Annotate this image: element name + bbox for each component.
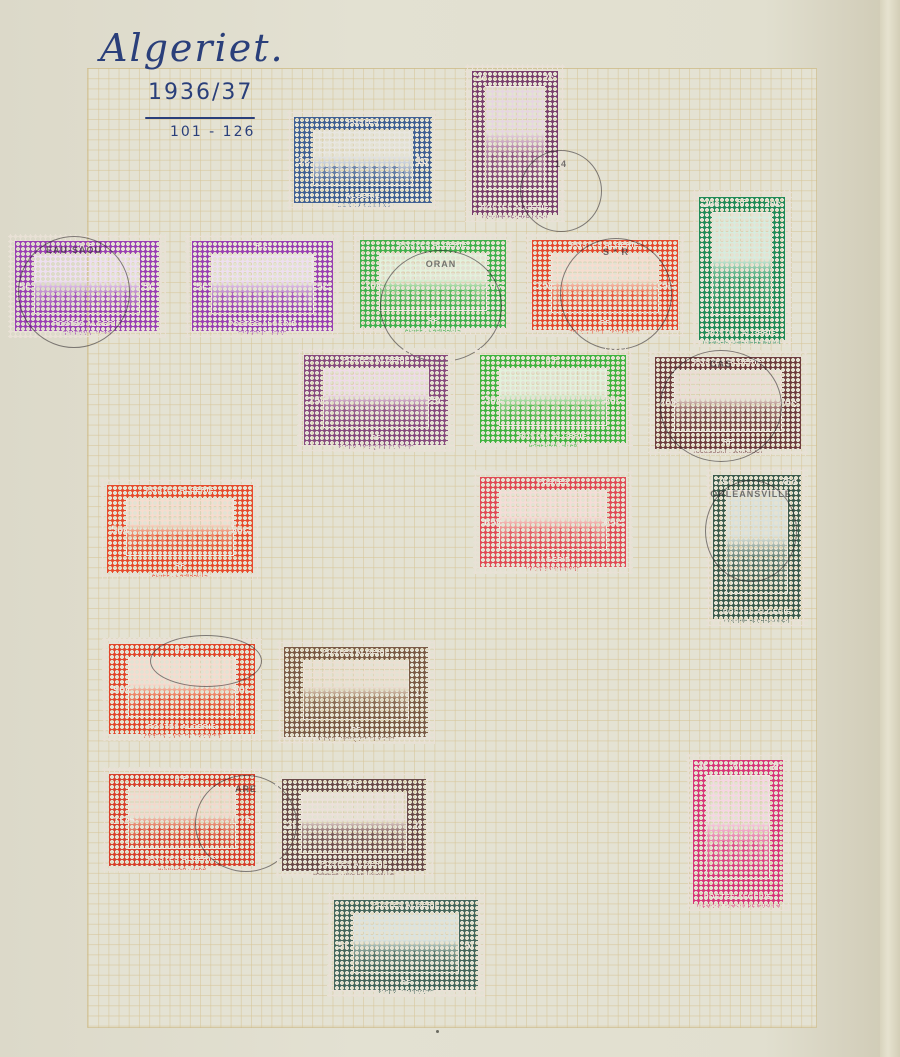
stamp-bottom-text: POSTES ALGERIE [285,861,423,868]
stamp-frame: R.F.POSTES ALGERIE30c30cGHARDAIA . MZAB [480,355,626,443]
stamp-top-text: POSTES ALGERIE [658,359,798,366]
stamp-s1c[interactable]: POSTESALGERIE1c1cHALTE SAHARIENNE [287,110,439,210]
stamp-frame: POSTES ALGERIERF5f5fALGER . L'AMIRAUTE [334,900,478,990]
stamp-vignette [353,913,459,973]
stamp-frame: POSTESALGERIE65c65cHALTE SAHARIENNE [480,477,626,567]
stamp-s30c[interactable]: R.F.POSTES ALGERIE30c30cGHARDAIA . MZAB [473,348,633,450]
stamp-top-text: POSTES ALGERIE [337,902,475,909]
stamp-bottom-text: POSTES ALGERIE [18,321,156,328]
stamp-caption: HALTE SAHARIENNE [483,567,623,573]
stamp-top-text: POSTES ALGERIE [363,242,503,249]
stamp-caption: TOUGGOURT . MARABOUT [535,330,675,336]
stamp-top-text: R.F. [195,243,330,250]
stamp-frame: POSTES ALGERIE75c75cCOLOMB BECHAR-OUED [713,475,801,619]
stamp-value-left: 1f75 [113,815,135,827]
stamp-value-right: 5c [317,281,329,293]
stamp-frame: POSTESALGERIE1c1cHALTE SAHARIENNE [294,117,432,203]
stamp-bottom-text: RF [337,980,475,987]
stamp-value-left: 15c [536,280,554,292]
stamp-s1f[interactable]: POSTES ALGERIERF1f1fALGER . MOSQUEE EL K… [277,640,435,744]
stamp-value-right: 5f [464,940,474,952]
stamp-vignette [323,368,429,428]
stamp-value-right: 75c [780,477,797,488]
stamp-top-text: R.F. [112,646,252,653]
stamp-caption: ALGER . L'AMIRAUTE [363,328,503,334]
stamp-frame: POSTES ALGERIERF15c15cTOUGGOURT . MARABO… [532,240,678,330]
stamp-frame: R.F.POSTES ALGERIE2f2fLAMBESE . ARC DE T… [282,779,426,871]
stamp-value-left: 1f [288,687,298,699]
stamp-s15c[interactable]: POSTES ALGERIERF15c15cTOUGGOURT . MARABO… [525,233,685,337]
stamp-bottom-text: RF [363,318,503,325]
stamp-caption: TLEMCEN. CIMETIERE MUSULMAN [702,340,782,346]
stamp-value-right: 1f75 [229,815,251,827]
stamp-value-left: 40c [659,398,677,410]
stamp-caption: GHARDAIA . MZAB [18,331,156,337]
stamp-vignette [551,253,659,313]
stamp-caption: HALTE SAHARIENNE [297,203,429,209]
stamp-value-left: 3f [697,762,706,773]
stamp-vignette [211,254,314,314]
stamp-bottom-text: RF [287,727,425,734]
stamp-bottom-text: POSTES ALGERIE [112,724,252,731]
stamp-value-left: 75c [717,477,734,488]
stamp-bottom-text: POSTES ALGERIE [112,856,252,863]
stamp-value-right: 1c [416,155,428,167]
stamp-value-right: 2c [543,73,554,84]
stamp-vignette [712,212,772,315]
stamp-frame: POSTES ALGERIERF25c25cALGER. MOSQUEE EL … [304,355,448,445]
stamp-frame: POSTES ALGERIE2c2cCOLOMB BECHAR-OUED [472,71,558,215]
stamp-s5f[interactable]: POSTES ALGERIERF5f5fALGER . L'AMIRAUTE [327,893,485,997]
stamp-frame: POSTES ALGERIERF1f1fALGER . MOSQUEE EL K… [284,647,428,737]
stamp-caption: COLOMB BECHAR-OUED [716,619,798,625]
stamp-bottom-text: ALGERIE [483,557,623,564]
stamp-s90c[interactable]: R.F.POSTES ALGERIE90c90cLAMBESE . ARC DE… [102,637,262,741]
stamp-s65c[interactable]: POSTESALGERIE65c65cHALTE SAHARIENNE [473,470,633,574]
stamp-s50c[interactable]: POSTES ALGERIERF50c50cALGER . L'AMIRAUTE [100,478,260,580]
stamp-s2f[interactable]: R.F.POSTES ALGERIE2f2fLAMBESE . ARC DE T… [275,772,433,878]
stamp-top-text: POSTES ALGERIE [307,357,445,364]
stamp-vignette [706,775,770,879]
stamp-s5c-a[interactable]: R.F.POSTES ALGERIE5c5cGHARDAIA . MZAB [8,234,166,338]
stamp-caption: ALGER . L'AMIRAUTE [110,573,250,579]
stamp-caption: LAMBESE . ARC DE TRIOMPHE [285,871,423,877]
stamp-bottom-text: POSTES ALGERIE [483,433,623,440]
stamp-value-right: 15c [656,280,674,292]
stamp-s3f[interactable]: RFPOSTES ALGERIE3f3fTLEMCEN. CIMETIERE M… [686,753,790,911]
stamp-top-text: POSTES ALGERIE [110,487,250,494]
stamp-value-left: 30c [484,394,502,406]
stamp-caption: GHARDAIA . MZAB [112,866,252,872]
stamp-vignette [499,490,607,550]
stamp-bottom-text: RF [535,320,675,327]
stamp-value-right: 30c [604,394,622,406]
stamp-value-right: 20c [764,199,781,210]
stamp-vignette [128,787,236,849]
stamp-frame: R.F.POSTES ALGERIE5c5cGHARDAIA . MZAB [192,241,333,331]
stamp-vignette [34,254,140,314]
catalogue-range: 101 - 126 [170,124,255,140]
stamp-s5c-b[interactable]: R.F.POSTES ALGERIE5c5cGHARDAIA . MZAB [185,234,340,338]
stamp-vignette [313,130,413,186]
stamp-frame: RFPOSTES ALGERIE3f3fTLEMCEN. CIMETIERE M… [693,760,783,904]
stamp-bottom-text: ALGERIE [297,193,429,200]
stamp-value-right: 10c [484,279,502,291]
stamp-top-text: R.F. [112,776,252,783]
stamp-frame: POSTES ALGERIERF10c10cALGER . L'AMIRAUTE [360,240,506,328]
stamp-vignette [301,792,407,854]
stamp-bottom-text: POSTES ALGERIE [702,330,782,337]
stamp-vignette [485,86,545,190]
stamp-bottom-text: RF [307,435,445,442]
album-page-edge [880,0,900,1057]
stamp-value-right: 40c [779,398,797,410]
stamp-s2c[interactable]: POSTES ALGERIE2c2cCOLOMB BECHAR-OUED [465,64,565,222]
stamp-caption: GHARDAIA . MZAB [195,331,330,337]
stamp-vignette [726,490,788,594]
stamp-bottom-text: POSTES ALGERIE [696,894,780,901]
stamp-bottom-text: RF [110,563,250,570]
stamp-s40c[interactable]: POSTES ALGERIERF40c40cTOUGGOURT . MARABO… [648,350,808,456]
stamp-s25c[interactable]: POSTES ALGERIERF25c25cALGER. MOSQUEE EL … [297,348,455,452]
stamp-caption: TLEMCEN. CIMETIERE MUSULMAN [696,904,780,910]
stamp-frame: R.F.POSTES ALGERIE5c5cGHARDAIA . MZAB [15,241,159,331]
stamp-top-text: POSTES ALGERIE [287,649,425,656]
stamp-value-right: 2f [412,820,422,832]
stamp-top-text: POSTES [297,119,429,126]
stamp-caption: LAMBESE . ARC DE TRIOMPHE [112,734,252,740]
stamp-frame: POSTES ALGERIERF50c50cALGER . L'AMIRAUTE [107,485,253,573]
stamp-caption: TOUGGOURT . MARABOUT [658,449,798,455]
stamp-value-right: 65c [604,517,622,529]
handwritten-rule [145,117,255,119]
stamp-frame: POSTES ALGERIERF40c40cTOUGGOURT . MARABO… [655,357,801,449]
stamp-top-text: R.F. [18,243,156,250]
stamp-value-left: 65c [484,517,502,529]
stamp-vignette [303,660,409,720]
stamp-caption: COLOMB BECHAR-OUED [475,215,555,221]
stamp-value-left: 90c [113,684,131,696]
stamp-s75c[interactable]: POSTES ALGERIE75c75cCOLOMB BECHAR-OUED [706,468,808,626]
stamp-top-text: R.F. [285,781,423,788]
stamp-caption: ALGER . L'AMIRAUTE [337,990,475,996]
stamp-vignette [674,370,782,432]
stamp-vignette [499,368,607,426]
stamp-value-right: 3f [770,762,779,773]
stamp-value-left: 50c [111,524,129,536]
stamp-value-left: 10c [364,279,382,291]
stamp-frame: R.F.POSTES ALGERIE90c90cLAMBESE . ARC DE… [109,644,255,734]
stamp-value-right: 5c [143,281,155,293]
stamp-frame: R.F.POSTES ALGERIE1f751f75GHARDAIA . MZA… [109,774,255,866]
page-years: 1936/37 [148,80,253,105]
stamp-value-left: 5c [19,281,31,293]
stamp-value-right: 25c [426,395,444,407]
stamp-value-left: 5c [196,281,208,293]
stamp-bottom-text: POSTES ALGERIE [475,205,555,212]
stamp-s20c[interactable]: RFPOSTES ALGERIE20c20cTLEMCEN. CIMETIERE… [692,190,792,347]
stamp-top-text: POSTES [483,479,623,486]
stamp-value-right: 90c [233,684,251,696]
stamp-caption: ALGER . MOSQUEE EL KEBIR [287,737,425,743]
stamp-value-left: 5f [338,940,348,952]
stamp-vignette [128,657,236,717]
stamp-s1f75[interactable]: R.F.POSTES ALGERIE1f751f75GHARDAIA . MZA… [102,767,262,873]
page-mark [436,1030,439,1033]
stamp-value-left: 2c [476,73,487,84]
stamp-top-text: RF [696,762,780,769]
stamp-bottom-text: POSTES ALGERIE [716,609,798,616]
stamp-value-left: 20c [703,199,720,210]
stamp-frame: RFPOSTES ALGERIE20c20cTLEMCEN. CIMETIERE… [699,197,785,340]
stamp-value-left: 1c [298,155,310,167]
stamp-top-text: POSTES ALGERIE [535,242,675,249]
stamp-caption: GHARDAIA . MZAB [483,443,623,449]
stamp-vignette [379,253,487,311]
stamp-caption: ALGER. MOSQUEE EL KEBIR [307,445,445,451]
stamp-value-left: 25c [308,395,326,407]
stamp-s10c[interactable]: POSTES ALGERIERF10c10cALGER . L'AMIRAUTE [353,233,513,335]
stamp-value-right: 1f [414,687,424,699]
stamp-value-right: 50c [231,524,249,536]
stamp-bottom-text: RF [658,439,798,446]
page-title: Algeriet. [100,26,285,70]
stamp-value-left: 2f [286,820,296,832]
stamp-bottom-text: POSTES ALGERIE [195,321,330,328]
stamp-vignette [126,498,234,556]
stamp-top-text: R.F. [483,357,623,364]
